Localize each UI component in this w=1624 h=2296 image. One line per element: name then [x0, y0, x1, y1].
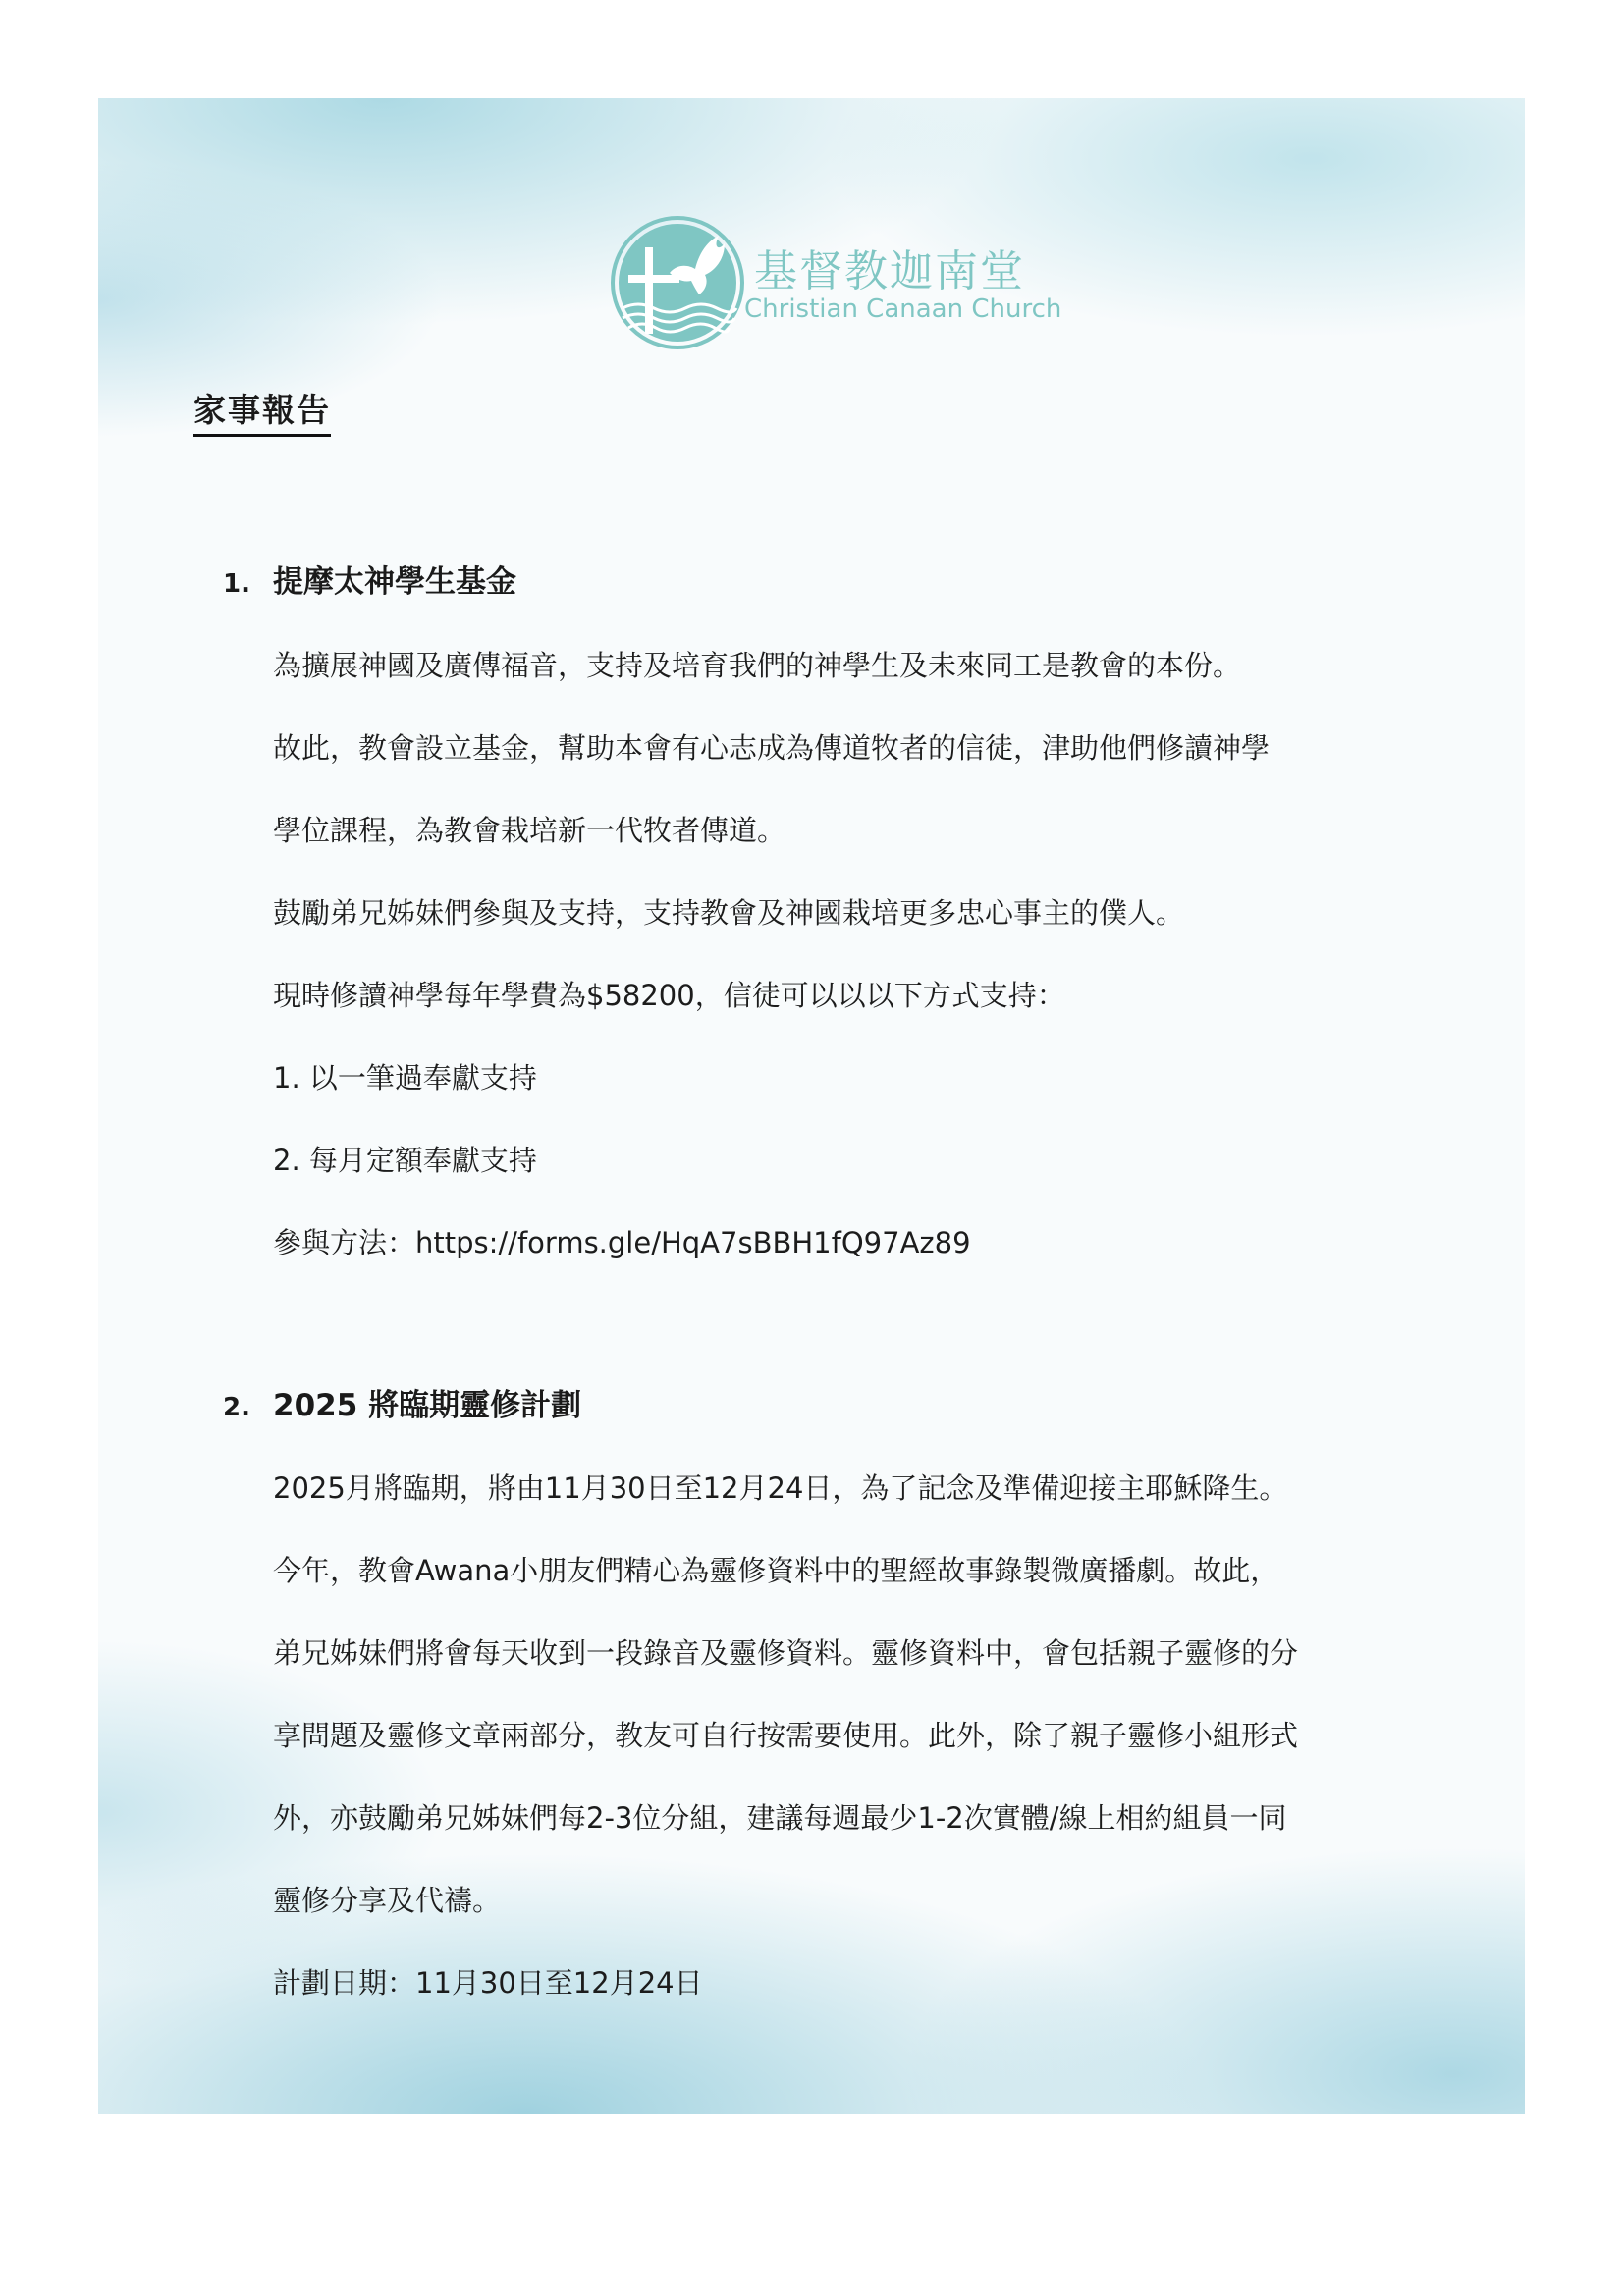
paragraph-line: 故此，教會設立基金，幫助本會有心志成為傳道牧者的信徒，津助他們修讀神學 — [273, 728, 1270, 768]
church-name-chinese: 基督教迦南堂 — [754, 236, 1025, 298]
plan-dates: 計劃日期：11月30日至12月24日 — [273, 1963, 703, 2002]
paragraph-line: 2025月將臨期，將由11月30日至12月24日，為了記念及準備迎接主耶穌降生。 — [273, 1468, 1287, 1508]
paragraph-line: 鼓勵弟兄姊妹們參與及支持，支持教會及神國栽培更多忠心事主的僕人。 — [273, 893, 1184, 933]
paragraph-line: 現時修讀神學每年學費為$58200，信徒可以以以下方式支持： — [273, 976, 1065, 1015]
section-title: 提摩太神學生基金 — [273, 564, 516, 600]
church-name-english: Christian Canaan Church — [744, 294, 1061, 324]
paragraph-line: 學位課程，為教會栽培新一代牧者傳道。 — [273, 811, 785, 850]
participation-link[interactable]: 參與方法：https://forms.gle/HqA7sBBH1fQ97Az89 — [273, 1223, 971, 1262]
section-number: 2. — [223, 1388, 273, 1427]
paragraph-line: 為擴展神國及廣傳福音，支持及培育我們的神學生及未來同工是教會的本份。 — [273, 646, 1241, 685]
section-number: 1. — [223, 564, 273, 604]
section-heading-1: 1.提摩太神學生基金 — [223, 562, 516, 604]
document-page: 基督教迦南堂 Christian Canaan Church 家事報告 1.提摩… — [98, 98, 1525, 2114]
paragraph-line: 弟兄姊妹們將會每天收到一段錄音及靈修資料。靈修資料中，會包括親子靈修的分 — [273, 1633, 1298, 1673]
list-item-one-time-offering: 1. 以一筆過奉獻支持 — [273, 1058, 537, 1097]
paragraph-line: 享問題及靈修文章兩部分，教友可自行按需要使用。此外，除了親子靈修小組形式 — [273, 1716, 1298, 1755]
church-logo: 基督教迦南堂 Christian Canaan Church — [609, 214, 1041, 351]
section-title: 2025 將臨期靈修計劃 — [273, 1388, 581, 1423]
cross-dove-waves-icon — [609, 214, 746, 351]
page-title: 家事報告 — [193, 391, 331, 437]
list-item-monthly-offering: 2. 每月定額奉獻支持 — [273, 1141, 537, 1180]
section-heading-2: 2.2025 將臨期靈修計劃 — [223, 1386, 581, 1427]
paragraph-line: 靈修分享及代禱。 — [273, 1881, 501, 1920]
paragraph-line: 外，亦鼓勵弟兄姊妹們每2-3位分組，建議每週最少1-2次實體/線上相約組員一同 — [273, 1798, 1287, 1838]
paragraph-line: 今年，教會Awana小朋友們精心為靈修資料中的聖經故事錄製微廣播劇。故此， — [273, 1551, 1278, 1590]
